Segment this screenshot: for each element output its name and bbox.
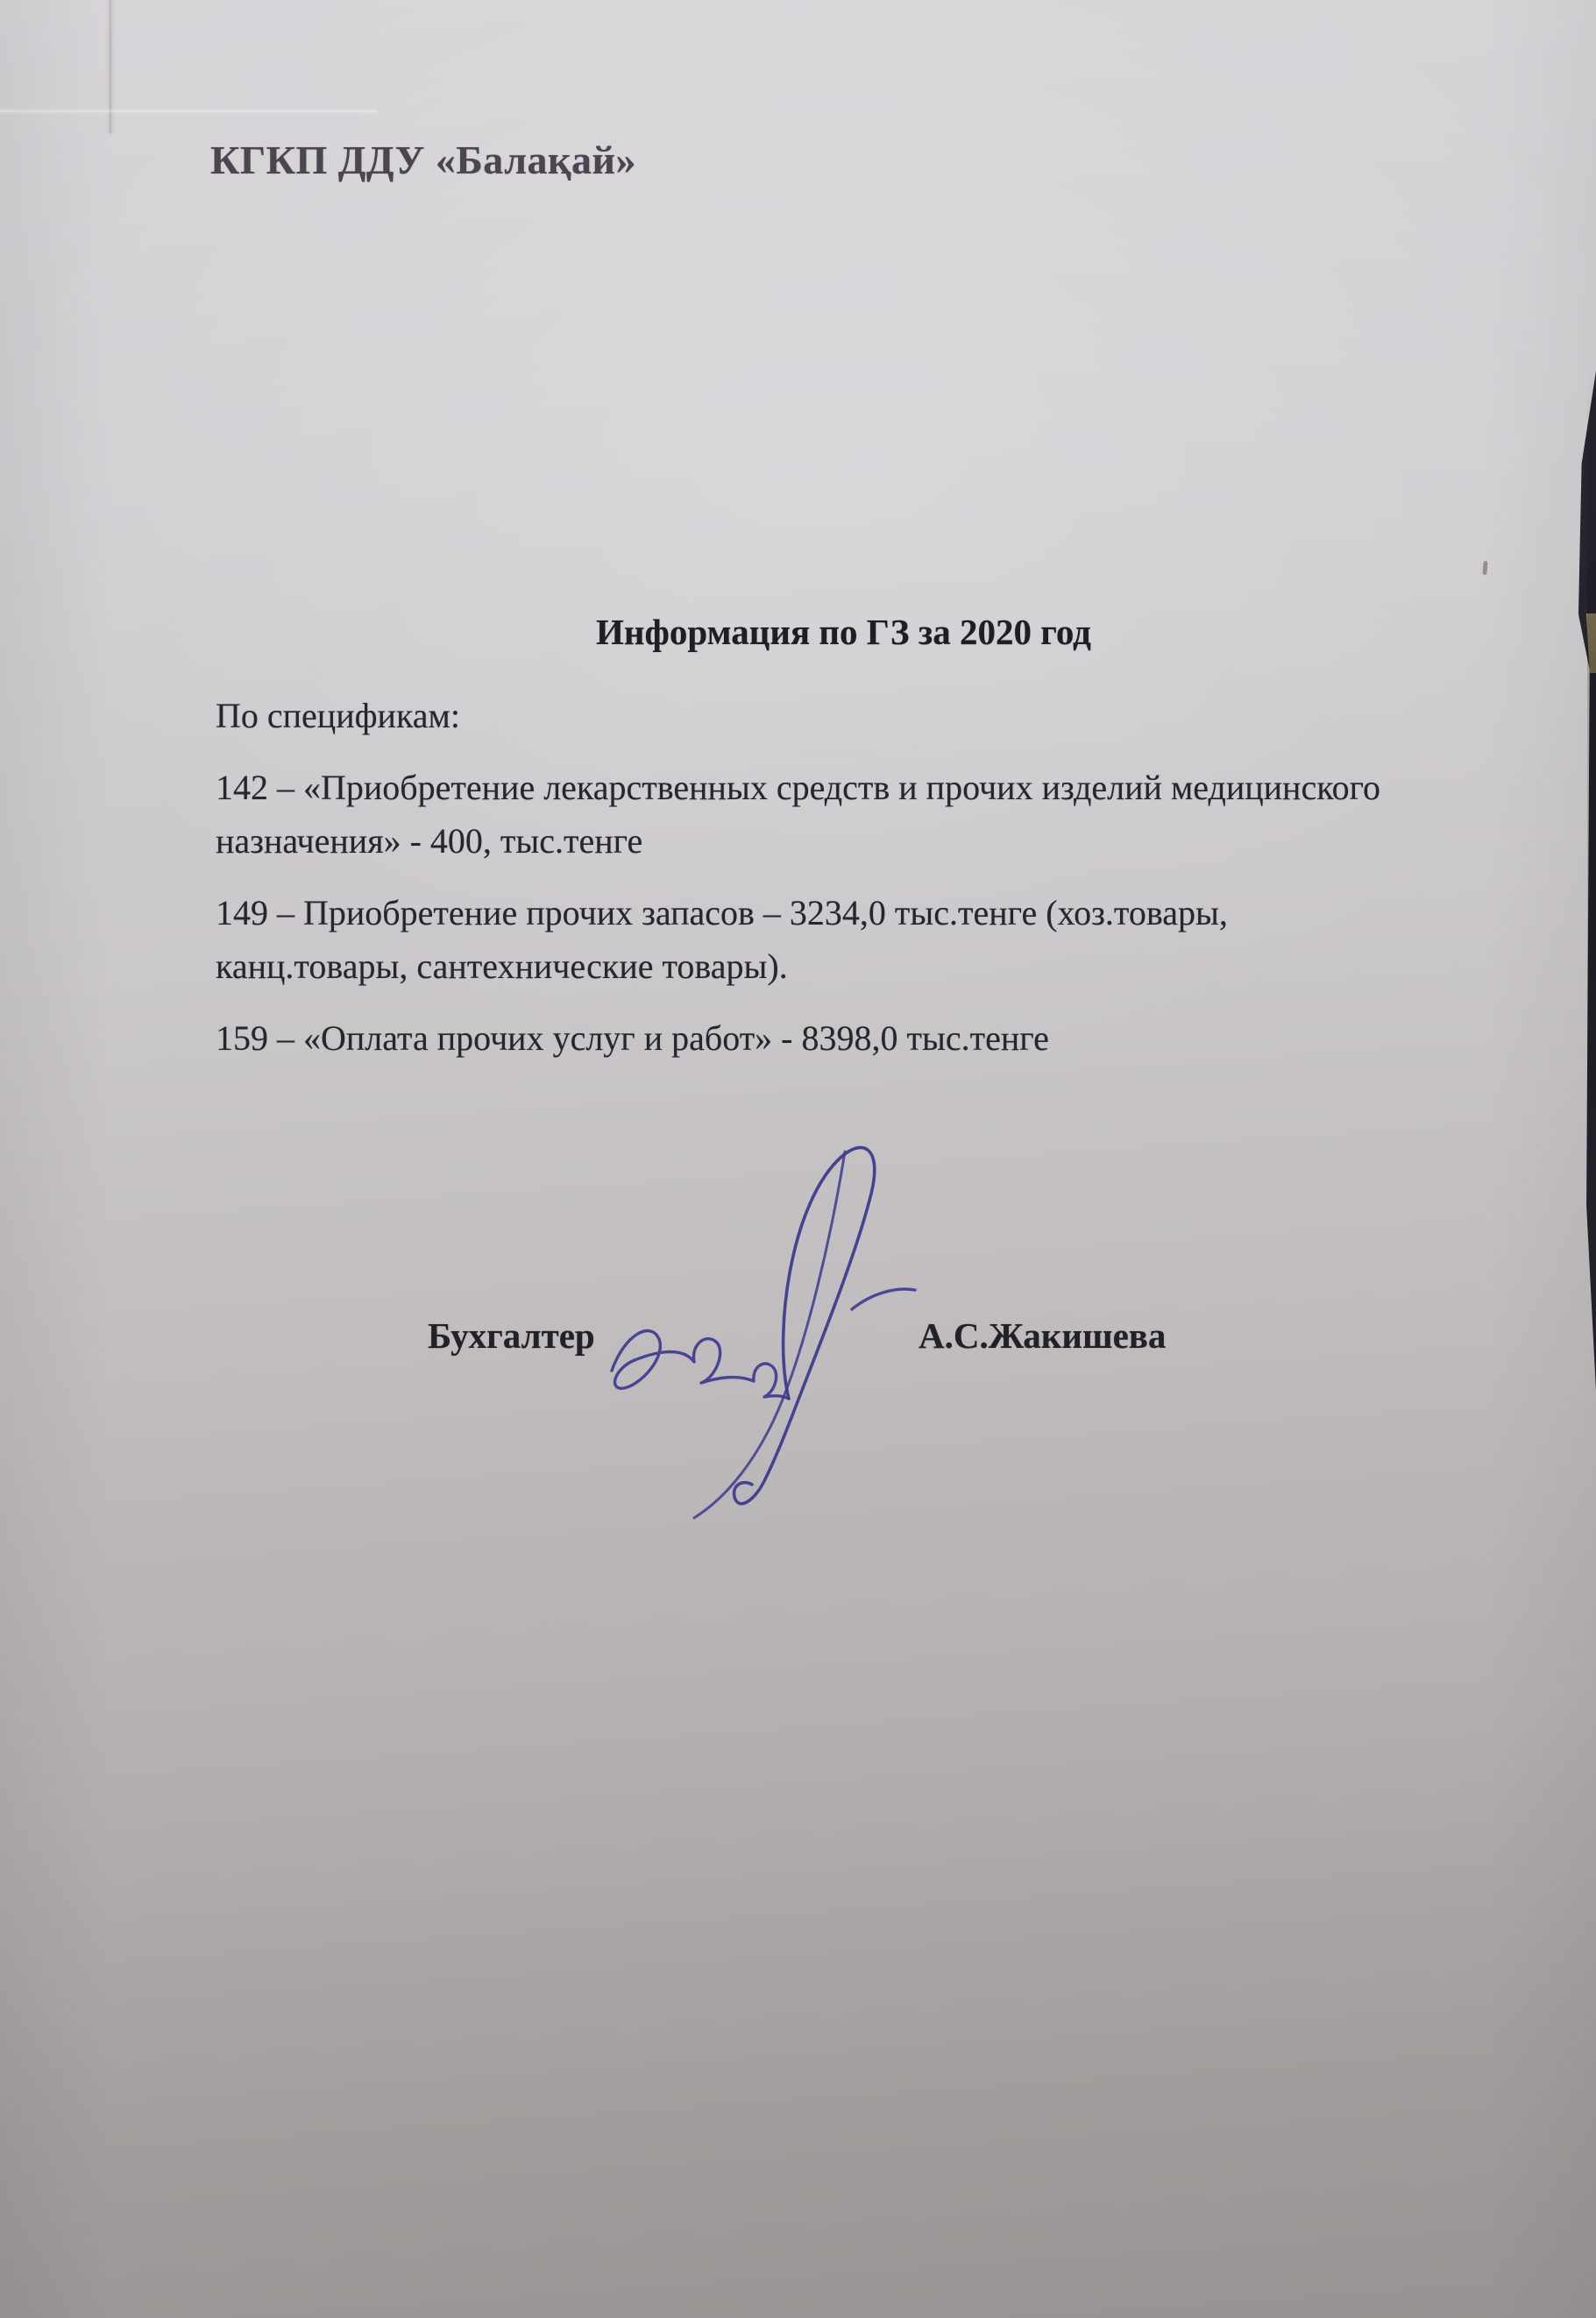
- signature-stroke-dash: [852, 1289, 915, 1309]
- item-142-line-1: 142 – «Приобретение лекарственных средст…: [216, 761, 1380, 814]
- item-149-line-1: 149 – Приобретение прочих запасов – 3234…: [216, 886, 1228, 939]
- photographed-document: КГКП ДДУ «Балақай» Информация по ГЗ за 2…: [0, 0, 1596, 2318]
- item-142: 142 – «Приобретение лекарственных средст…: [216, 761, 1380, 868]
- signature-stroke-loop: [734, 1147, 875, 1503]
- paper-crease-vertical: [110, 0, 111, 133]
- document-title: Информация по ГЗ за 2020 год: [596, 611, 1091, 653]
- signer-name: А.С.Жакишева: [919, 1315, 1166, 1357]
- signature-stroke-letters: [612, 1331, 789, 1399]
- paper-edge-shadow: [1587, 368, 1596, 1209]
- item-149: 149 – Приобретение прочих запасов – 3234…: [216, 886, 1228, 993]
- item-142-line-2: назначения» - 400, тыс.тенге: [216, 814, 1380, 868]
- paper-crease-horizontal: [0, 110, 377, 112]
- item-159: 159 – «Оплата прочих услуг и работ» - 83…: [216, 1011, 1049, 1065]
- item-159-line-1: 159 – «Оплата прочих услуг и работ» - 83…: [216, 1011, 1049, 1065]
- item-149-line-2: канц.товары, сантехнические товары).: [216, 939, 1228, 993]
- organization-name: КГКП ДДУ «Балақай»: [210, 137, 636, 183]
- intro-line: По спецификам:: [216, 689, 460, 742]
- handwritten-signature: [543, 1106, 964, 1544]
